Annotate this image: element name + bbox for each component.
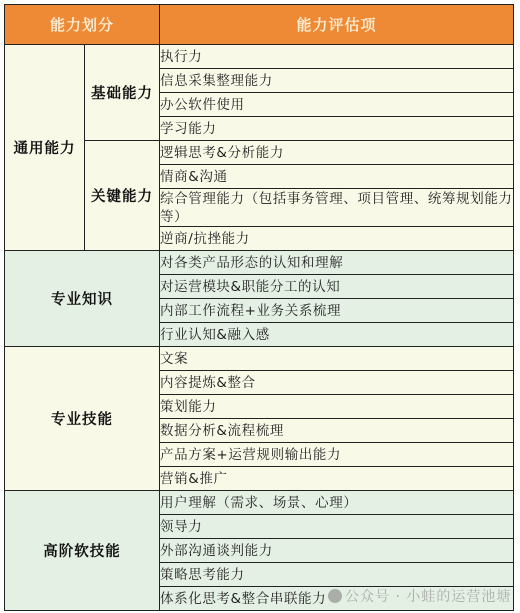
wechat-icon bbox=[328, 589, 342, 603]
list-item: 产品方案+运营规则输出能力 bbox=[160, 443, 514, 467]
table-row: 专业知识 对各类产品形态的认知和理解 bbox=[5, 251, 514, 275]
list-item: 办公软件使用 bbox=[160, 93, 514, 117]
list-item: 逆商/抗挫能力 bbox=[160, 227, 514, 251]
list-item: 策略思考能力 bbox=[160, 563, 514, 587]
list-item: 内容提炼&整合 bbox=[160, 371, 514, 395]
table-row: 专业技能 文案 bbox=[5, 347, 514, 371]
watermark-text: 公众号 · 小蛙的运营池塘 bbox=[345, 586, 511, 606]
category-general: 通用能力 bbox=[5, 45, 85, 251]
list-item: 逻辑思考&分析能力 bbox=[160, 141, 514, 165]
list-item: 策划能力 bbox=[160, 395, 514, 419]
list-item: 对运营模块&职能分工的认知 bbox=[160, 275, 514, 299]
table-row: 通用能力 基础能力 执行力 bbox=[5, 45, 514, 69]
list-item: 数据分析&流程梳理 bbox=[160, 419, 514, 443]
list-item: 用户理解（需求、场景、心理） bbox=[160, 491, 514, 515]
list-item: 内部工作流程+业务关系梳理 bbox=[160, 299, 514, 323]
header-row: 能力划分 能力评估项 bbox=[5, 5, 514, 45]
subgroup-basic: 基础能力 bbox=[85, 45, 160, 141]
watermark: 公众号 · 小蛙的运营池塘 bbox=[328, 586, 511, 606]
category-professional-skills: 专业技能 bbox=[5, 347, 160, 491]
header-ability-items: 能力评估项 bbox=[160, 5, 514, 45]
header-ability-category: 能力划分 bbox=[5, 5, 160, 45]
subgroup-key: 关键能力 bbox=[85, 141, 160, 251]
list-item: 营销&推广 bbox=[160, 467, 514, 491]
category-professional-knowledge: 专业知识 bbox=[5, 251, 160, 347]
list-item: 执行力 bbox=[160, 45, 514, 69]
list-item: 外部沟通谈判能力 bbox=[160, 539, 514, 563]
list-item: 对各类产品形态的认知和理解 bbox=[160, 251, 514, 275]
table-row: 高阶软技能 用户理解（需求、场景、心理） bbox=[5, 491, 514, 515]
category-advanced-soft-skills: 高阶软技能 bbox=[5, 491, 160, 611]
ability-table: 能力划分 能力评估项 通用能力 基础能力 执行力 信息采集整理能力 办公软件使用… bbox=[4, 4, 514, 611]
list-item: 文案 bbox=[160, 347, 514, 371]
list-item: 学习能力 bbox=[160, 117, 514, 141]
list-item: 行业认知&融入感 bbox=[160, 323, 514, 347]
list-item: 领导力 bbox=[160, 515, 514, 539]
list-item: 综合管理能力（包括事务管理、项目管理、统筹规划能力等） bbox=[160, 189, 514, 227]
list-item: 信息采集整理能力 bbox=[160, 69, 514, 93]
list-item: 情商&沟通 bbox=[160, 165, 514, 189]
